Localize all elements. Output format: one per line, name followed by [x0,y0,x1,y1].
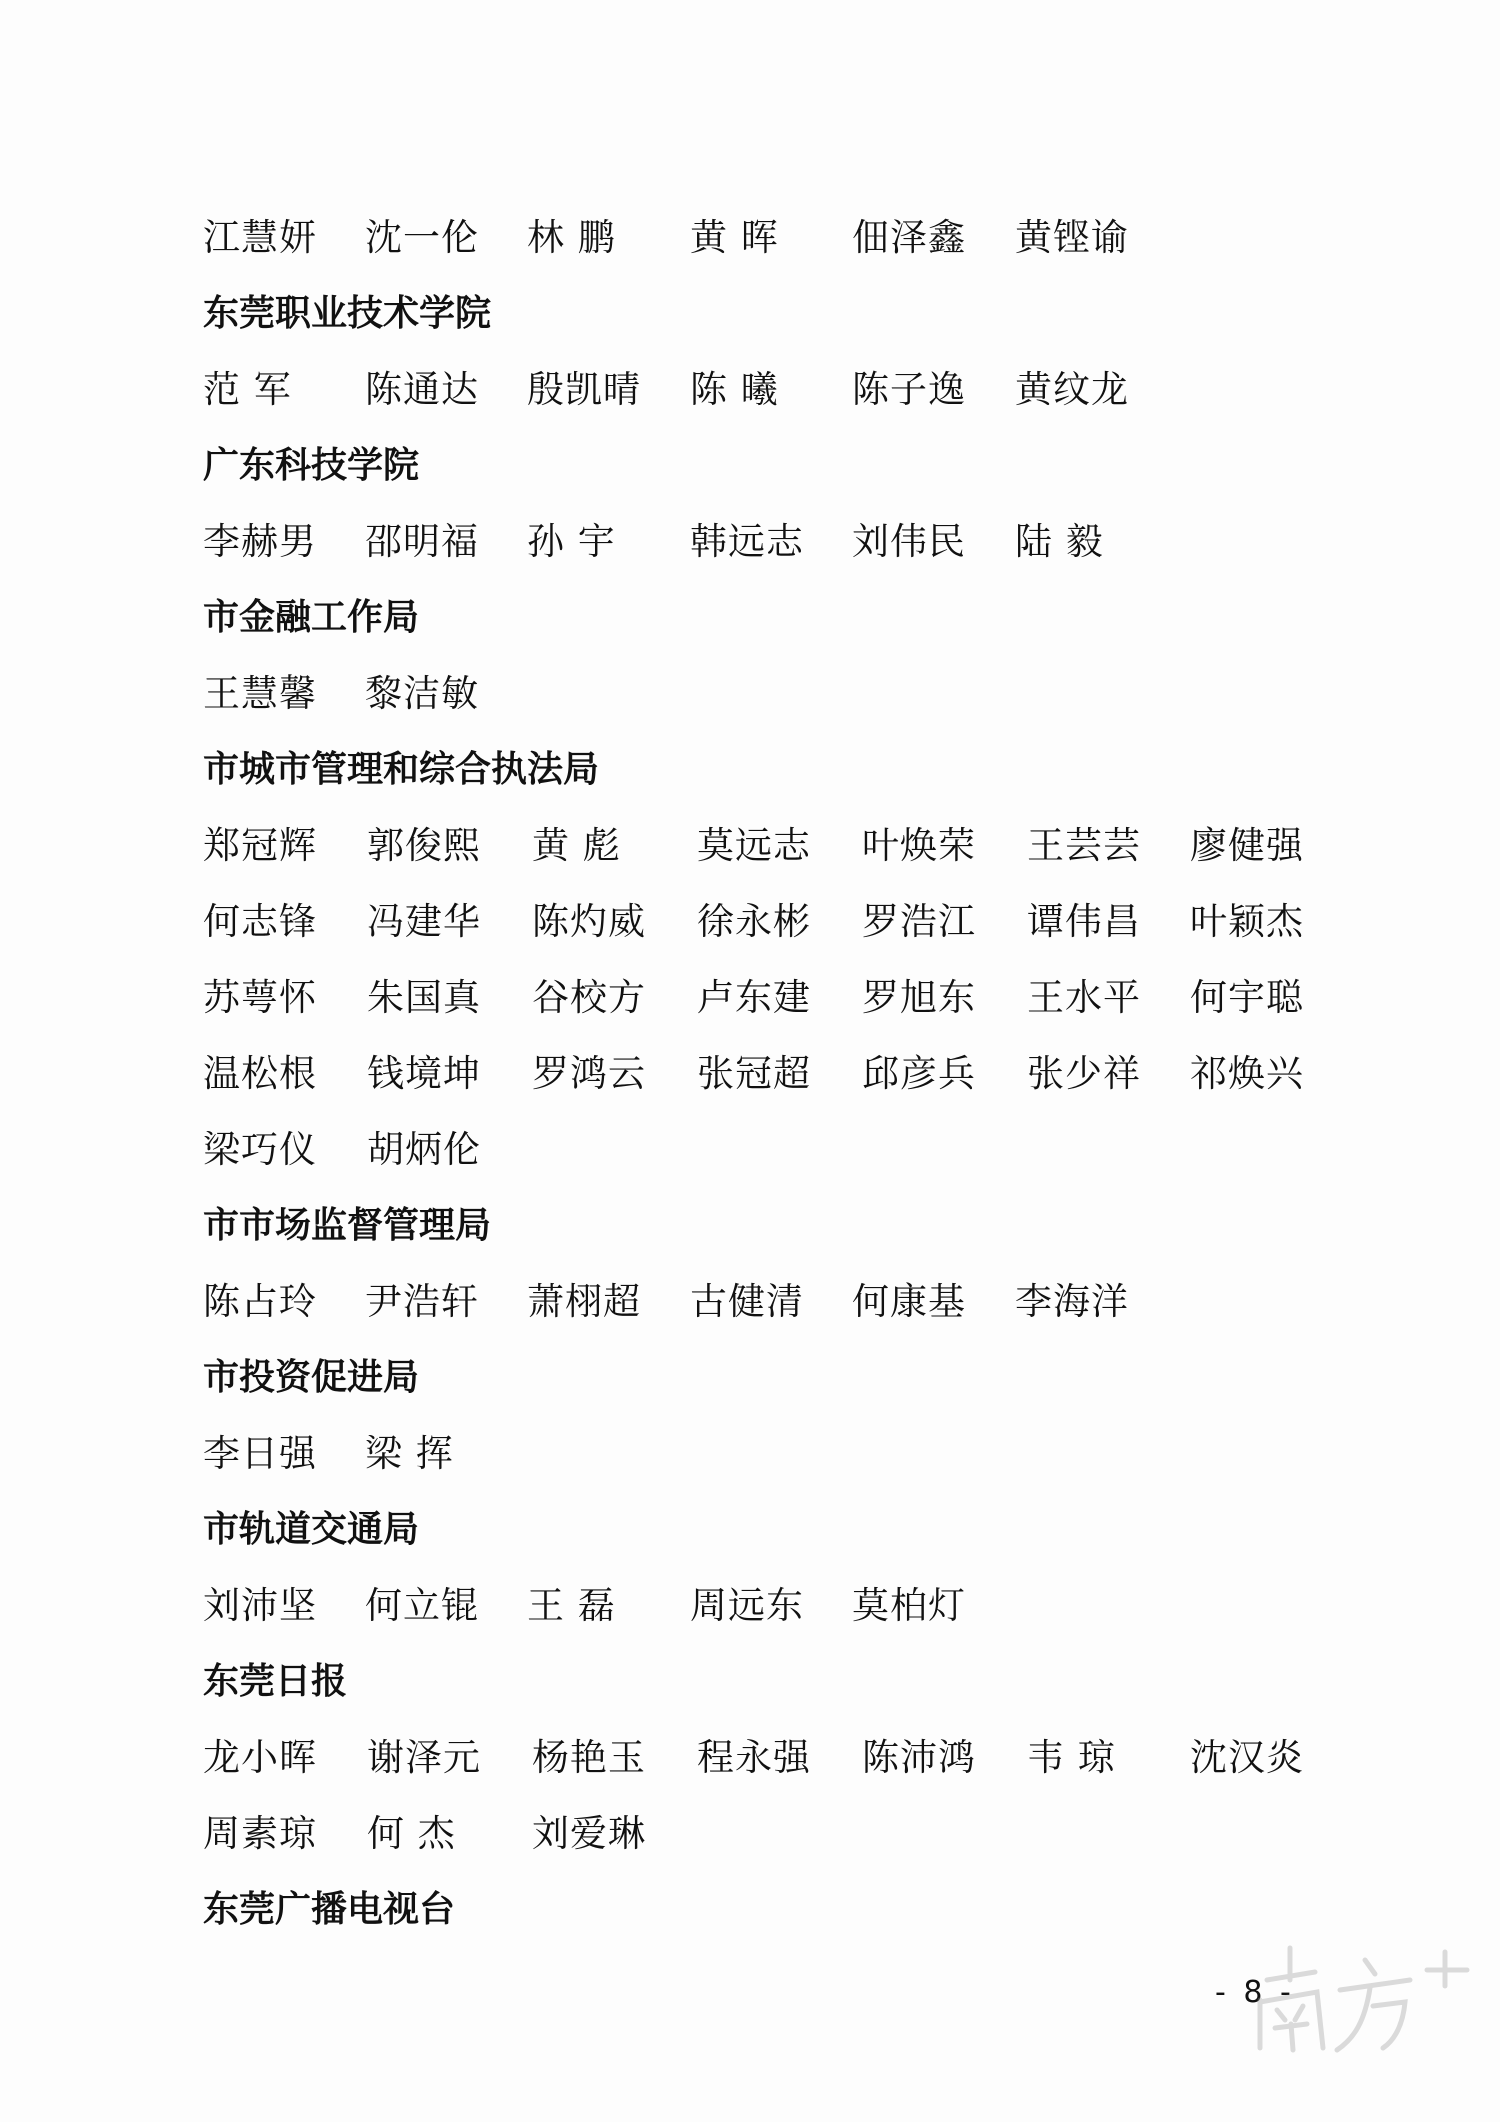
person-name: 尹浩轩 [365,1264,479,1340]
person-name: 佃泽鑫 [852,200,966,276]
person-name: 罗鸿云 [532,1036,646,1112]
person-name: 何立锟 [365,1568,479,1644]
person-name: 邱彦兵 [862,1036,976,1112]
name-row: 王慧馨黎洁敏 [203,656,1353,732]
person-name: 罗旭东 [862,960,976,1036]
person-name: 林 鹏 [527,200,616,276]
person-name: 卢东建 [697,960,811,1036]
name-row: 苏萼怀朱国真谷校方卢东建罗旭东王水平何宇聪 [203,960,1353,1036]
person-name: 廖健强 [1190,808,1304,884]
person-name: 梁巧仪 [203,1112,317,1188]
person-name: 龙小晖 [203,1720,317,1796]
person-name: 王芸芸 [1027,808,1141,884]
person-name: 韦 琼 [1027,1720,1116,1796]
name-row: 郑冠辉郭俊熙黄 彪莫远志叶焕荣王芸芸廖健强 [203,808,1353,884]
name-row: 何志锋冯建华陈灼威徐永彬罗浩江谭伟昌叶颖杰 [203,884,1353,960]
person-name: 钱境坤 [367,1036,481,1112]
name-row: 李赫男邵明福孙 宇韩远志刘伟民陆 毅 [203,504,1353,580]
person-name: 何志锋 [203,884,317,960]
person-name: 温松根 [203,1036,317,1112]
person-name: 邵明福 [365,504,479,580]
person-name: 郑冠辉 [203,808,317,884]
section-heading: 市金融工作局 [203,580,1353,656]
person-name: 江慧妍 [203,200,317,276]
name-row: 范 军陈通达殷凯晴陈 曦陈子逸黄纹龙 [203,352,1353,428]
person-name: 李赫男 [203,504,317,580]
person-name: 陈 曦 [690,352,779,428]
name-row: 刘沛坚何立锟王 磊周远东莫柏灯 [203,1568,1353,1644]
person-name: 沈汉炎 [1190,1720,1304,1796]
person-name: 黄铿谕 [1015,200,1129,276]
name-row: 周素琼何 杰刘爱琳 [203,1796,1353,1872]
person-name: 罗浩江 [862,884,976,960]
person-name: 李海洋 [1015,1264,1129,1340]
person-name: 范 军 [203,352,292,428]
person-name: 陈沛鸿 [862,1720,976,1796]
section-heading: 市城市管理和综合执法局 [203,732,1353,808]
person-name: 黄纹龙 [1015,352,1129,428]
name-row: 陈占玲尹浩轩萧栩超古健清何康基李海洋 [203,1264,1353,1340]
person-name: 祁焕兴 [1190,1036,1304,1112]
person-name: 杨艳玉 [532,1720,646,1796]
person-name: 陈子逸 [852,352,966,428]
section-heading: 市市场监督管理局 [203,1188,1353,1264]
name-row: 梁巧仪胡炳伦 [203,1112,1353,1188]
person-name: 殷凯晴 [527,352,641,428]
person-name: 徐永彬 [697,884,811,960]
person-name: 苏萼怀 [203,960,317,1036]
section-heading: 东莞职业技术学院 [203,276,1353,352]
name-list-content: 江慧妍沈一伦林 鹏黄 晖佃泽鑫黄铿谕东莞职业技术学院范 军陈通达殷凯晴陈 曦陈子… [203,200,1353,1948]
person-name: 谷校方 [532,960,646,1036]
person-name: 王水平 [1027,960,1141,1036]
person-name: 陈占玲 [203,1264,317,1340]
person-name: 韩远志 [690,504,804,580]
person-name: 莫远志 [697,808,811,884]
name-row: 李日强梁 挥 [203,1416,1353,1492]
section-heading: 广东科技学院 [203,428,1353,504]
person-name: 李日强 [203,1416,317,1492]
person-name: 程永强 [697,1720,811,1796]
person-name: 叶焕荣 [862,808,976,884]
person-name: 萧栩超 [527,1264,641,1340]
person-name: 沈一伦 [365,200,479,276]
person-name: 何康基 [852,1264,966,1340]
person-name: 梁 挥 [365,1416,454,1492]
person-name: 黄 彪 [532,808,621,884]
person-name: 张少祥 [1027,1036,1141,1112]
person-name: 刘爱琳 [532,1796,646,1872]
section-heading: 东莞广播电视台 [203,1872,1353,1948]
person-name: 何 杰 [367,1796,456,1872]
person-name: 古健清 [690,1264,804,1340]
person-name: 陈灼威 [532,884,646,960]
person-name: 叶颖杰 [1190,884,1304,960]
person-name: 莫柏灯 [852,1568,966,1644]
name-row: 温松根钱境坤罗鸿云张冠超邱彦兵张少祥祁焕兴 [203,1036,1353,1112]
person-name: 周素琼 [203,1796,317,1872]
nanfang-plus-watermark-icon [1245,1940,1475,2060]
document-page: 江慧妍沈一伦林 鹏黄 晖佃泽鑫黄铿谕东莞职业技术学院范 军陈通达殷凯晴陈 曦陈子… [0,0,1500,2122]
person-name: 何宇聪 [1190,960,1304,1036]
person-name: 黎洁敏 [365,656,479,732]
person-name: 朱国真 [367,960,481,1036]
section-heading: 市投资促进局 [203,1340,1353,1416]
person-name: 孙 宇 [527,504,616,580]
person-name: 刘伟民 [852,504,966,580]
person-name: 谢泽元 [367,1720,481,1796]
person-name: 冯建华 [367,884,481,960]
person-name: 谭伟昌 [1027,884,1141,960]
person-name: 刘沛坚 [203,1568,317,1644]
person-name: 张冠超 [697,1036,811,1112]
person-name: 王慧馨 [203,656,317,732]
person-name: 郭俊熙 [367,808,481,884]
section-heading: 东莞日报 [203,1644,1353,1720]
person-name: 陈通达 [365,352,479,428]
section-heading: 市轨道交通局 [203,1492,1353,1568]
person-name: 王 磊 [527,1568,616,1644]
person-name: 胡炳伦 [367,1112,481,1188]
person-name: 陆 毅 [1015,504,1104,580]
person-name: 周远东 [690,1568,804,1644]
name-row: 龙小晖谢泽元杨艳玉程永强陈沛鸿韦 琼沈汉炎 [203,1720,1353,1796]
name-row: 江慧妍沈一伦林 鹏黄 晖佃泽鑫黄铿谕 [203,200,1353,276]
person-name: 黄 晖 [690,200,779,276]
